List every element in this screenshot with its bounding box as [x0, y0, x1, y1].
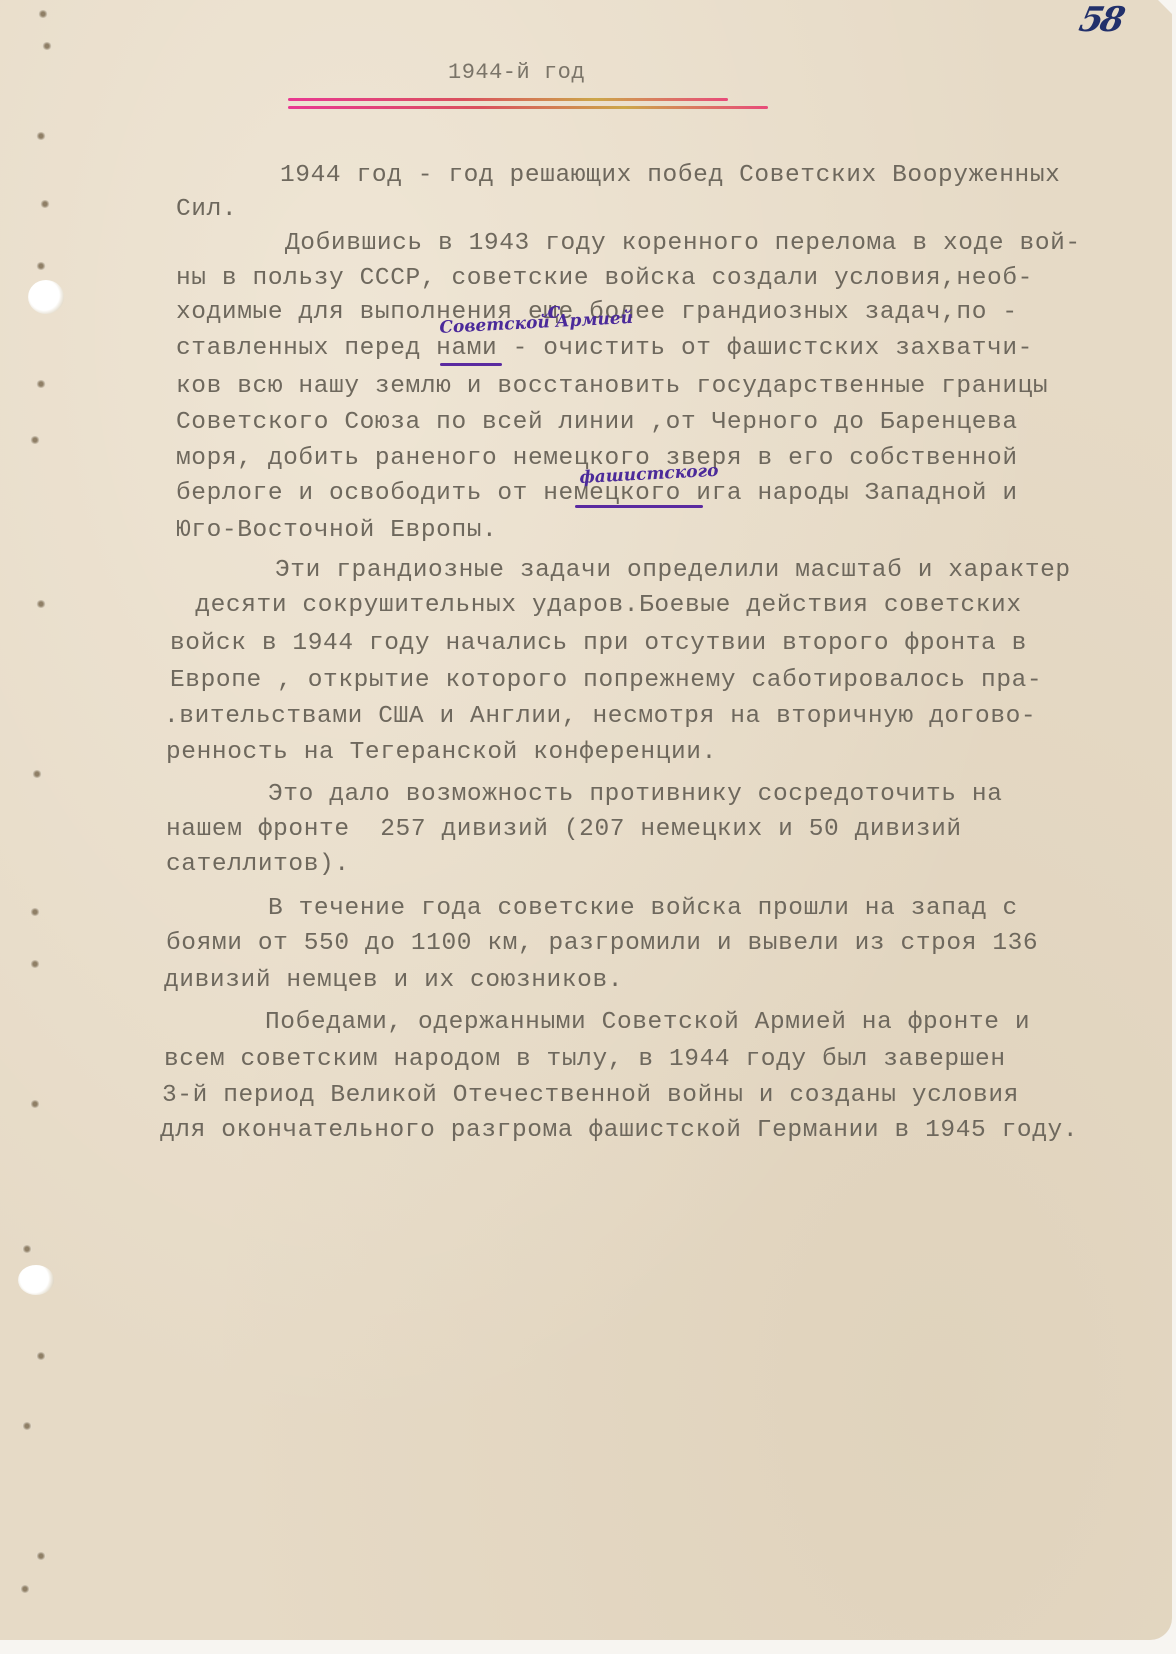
binder-hole	[28, 280, 64, 314]
pin-mark	[38, 10, 48, 18]
text-line: Эти грандиозные задачи определили масшта…	[275, 557, 1071, 584]
text-line: Победами, одержанными Советской Армией н…	[265, 1009, 1030, 1036]
text-line: боями от 550 до 1100 км, разгромили и вы…	[166, 930, 1038, 957]
pin-mark	[36, 380, 46, 388]
text-line: В течение года советские войска прошли н…	[268, 895, 1018, 922]
text-line: 1944 год - год решающих побед Советских …	[280, 162, 1060, 189]
text-line: Юго-Восточной Европы.	[176, 517, 497, 544]
text-line: нашем фронте 257 дивизий (207 немецких и…	[166, 816, 962, 843]
pin-mark	[30, 436, 40, 444]
pin-mark	[36, 600, 46, 608]
pin-mark	[22, 1245, 32, 1253]
text-line: ставленных перед нами - очистить от фаши…	[176, 335, 1033, 362]
text-line: Сил.	[176, 196, 237, 223]
pin-mark	[22, 1422, 32, 1430]
text-line: ков всю нашу землю и восстановить госуда…	[176, 373, 1048, 400]
pin-mark	[36, 262, 46, 270]
text-line: сателлитов).	[166, 851, 350, 878]
pin-mark	[40, 200, 50, 208]
text-line: Добившись в 1943 году коренного перелома…	[285, 230, 1081, 257]
pin-mark	[30, 908, 40, 916]
text-line: .вительствами США и Англии, несмотря на …	[164, 703, 1036, 730]
document-page: 58 1944-й год 1944 год - год решающих по…	[0, 0, 1172, 1640]
pin-mark	[30, 960, 40, 968]
binder-hole	[18, 1265, 54, 1295]
text-line: ны в пользу СССР, советские войска созда…	[176, 265, 1033, 292]
pin-mark	[32, 770, 42, 778]
text-line: Это дало возможность противнику сосредот…	[268, 781, 1003, 808]
pin-mark	[20, 1585, 30, 1593]
handwritten-insertion: с	[547, 297, 562, 324]
heading-underline	[288, 98, 728, 101]
heading-underline	[288, 106, 768, 109]
text-line: Советского Союза по всей линии ,от Черно…	[176, 409, 1018, 436]
text-line: войск в 1944 году начались при отсутвии …	[170, 630, 1027, 657]
pin-mark	[36, 132, 46, 140]
strikethrough-mark	[575, 505, 703, 508]
page-number: 58	[1076, 0, 1126, 40]
pin-mark	[36, 1552, 46, 1560]
strikethrough-mark	[440, 363, 502, 366]
pin-mark	[30, 1100, 40, 1108]
page-title: 1944-й год	[448, 60, 585, 85]
pin-mark	[42, 42, 52, 50]
text-line: десяти сокрушительных ударов.Боевые дейс…	[180, 592, 1022, 619]
text-line: Европе , открытие которого попрежнему са…	[170, 667, 1042, 694]
text-line: 3-й период Великой Отечественной войны и…	[162, 1082, 1019, 1109]
text-line: ренность на Тегеранской конференции.	[166, 739, 717, 766]
pin-mark	[36, 1352, 46, 1360]
text-line: всем советским народом в тылу, в 1944 го…	[164, 1046, 1006, 1073]
text-line: для окончательного разгрома фашистской Г…	[160, 1117, 1078, 1144]
text-line: дивизий немцев и их союзников.	[164, 967, 623, 994]
